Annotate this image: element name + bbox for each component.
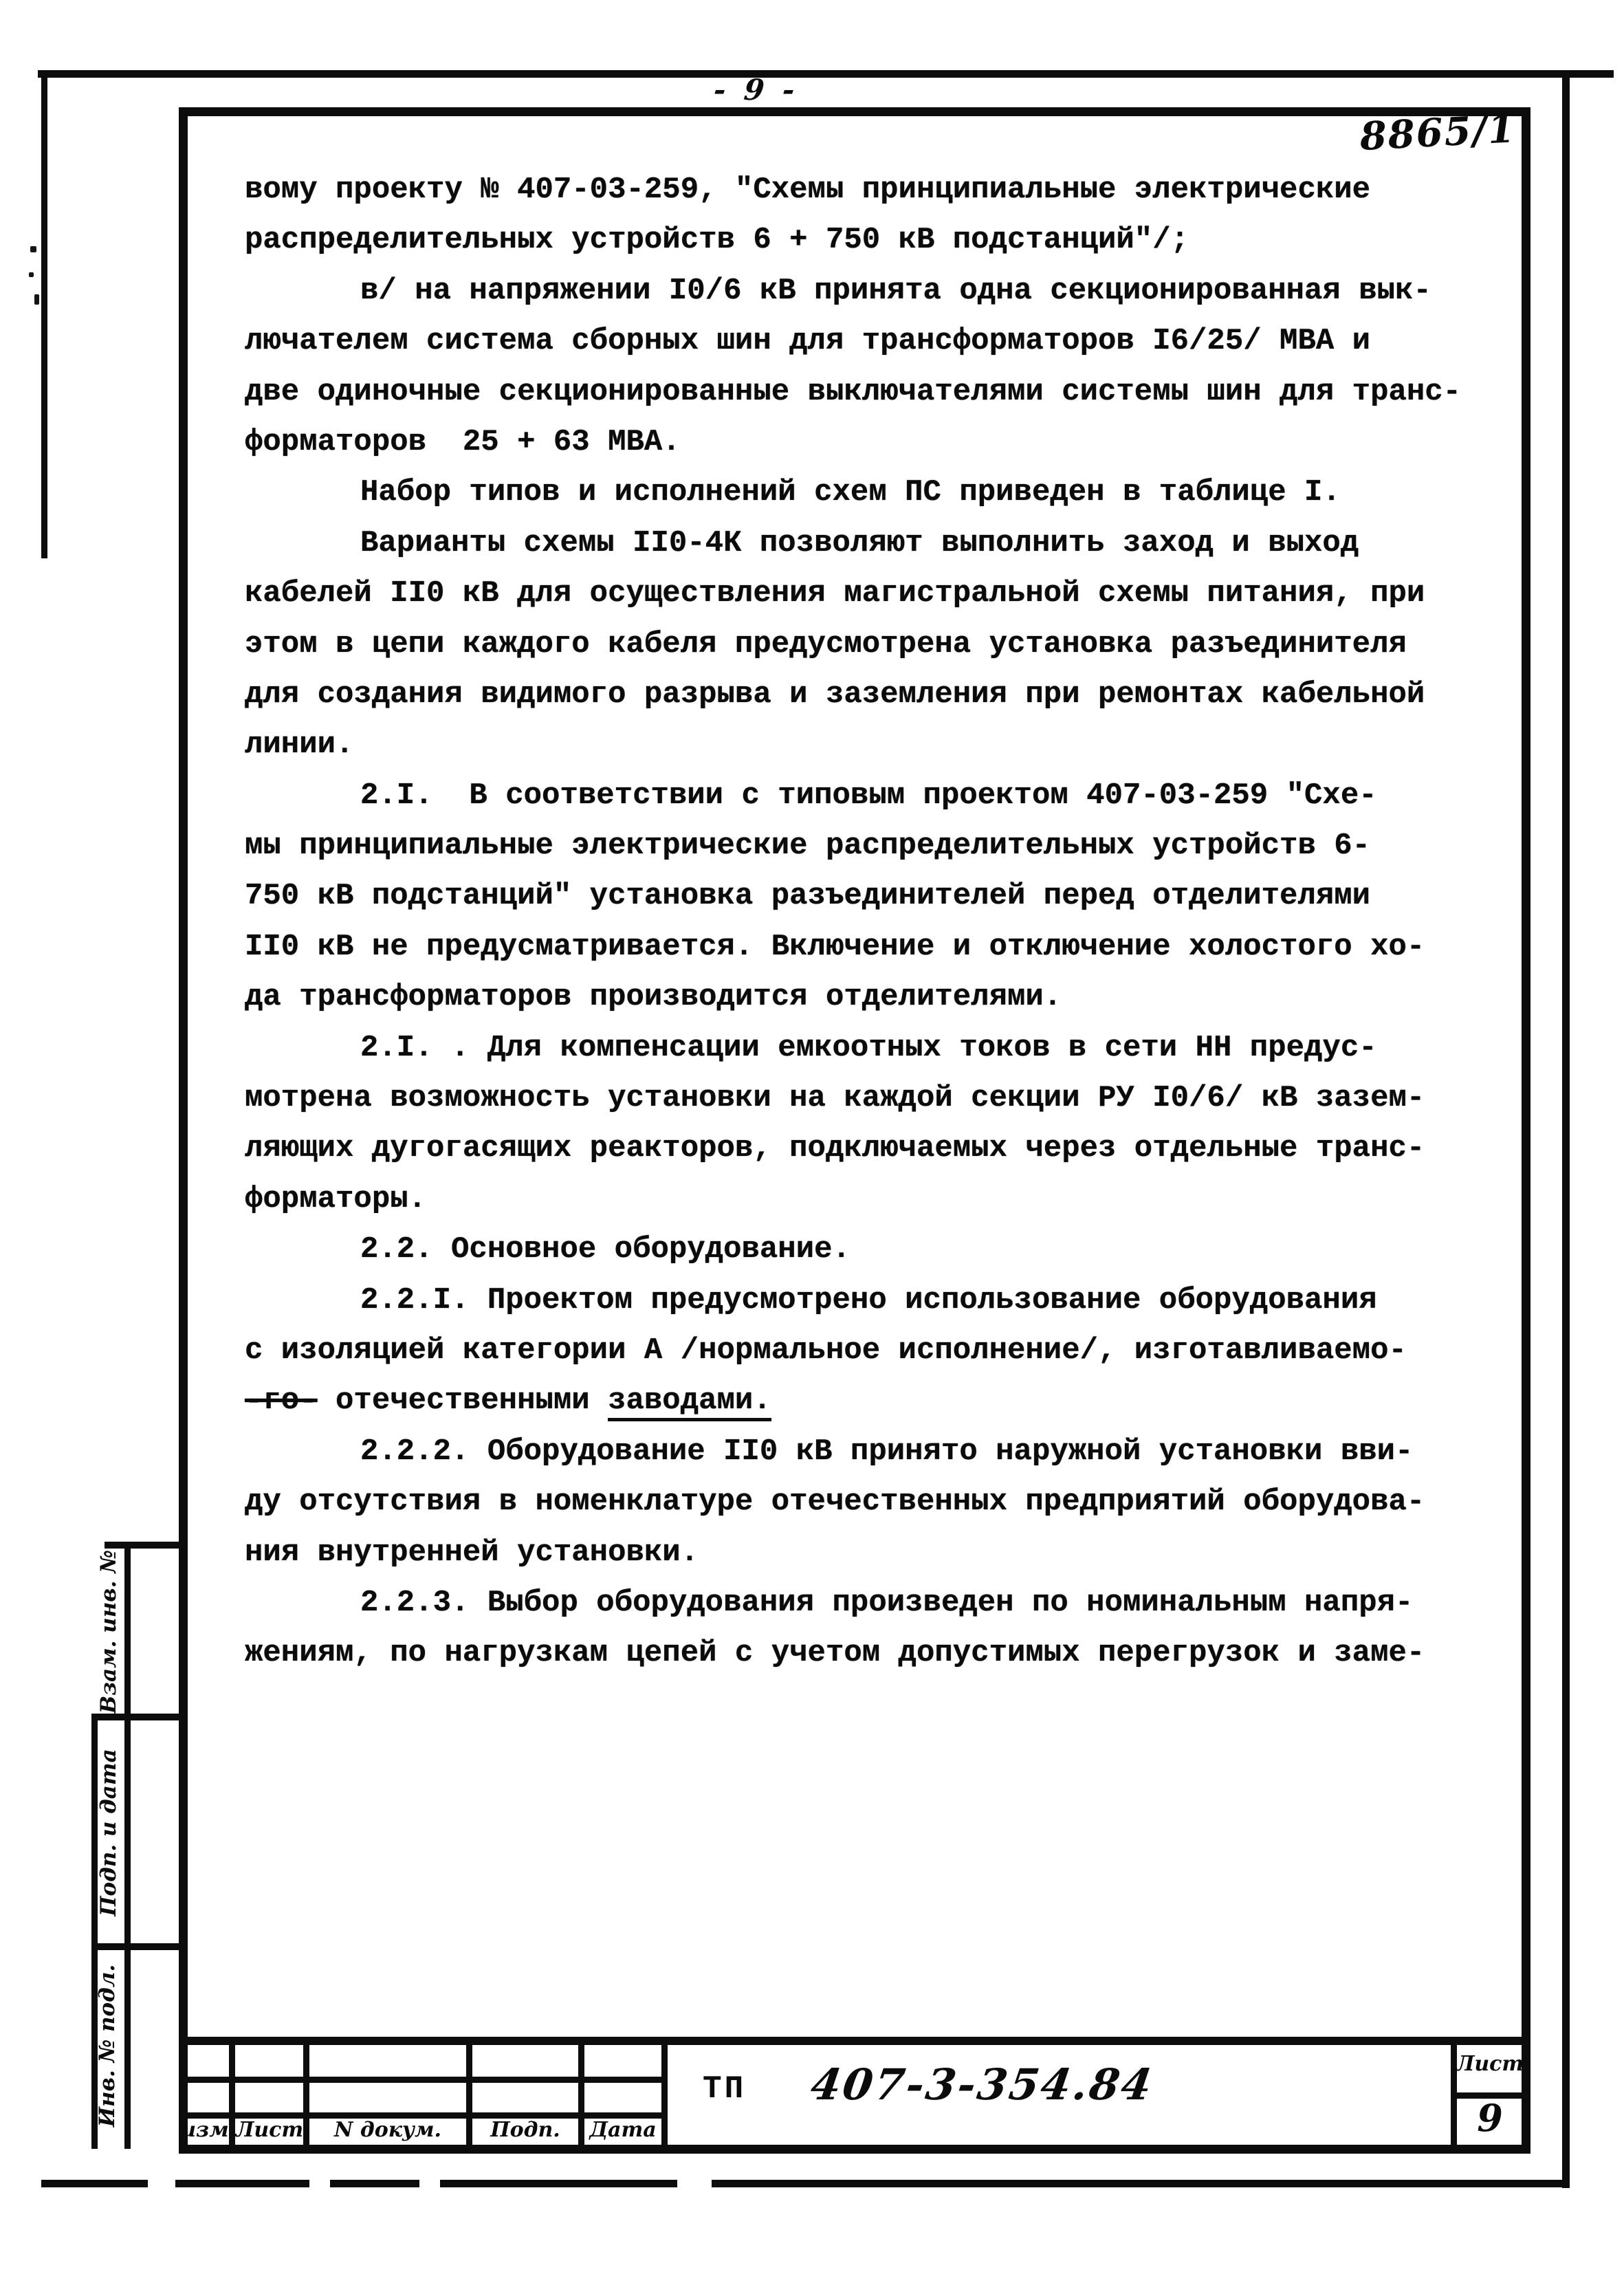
text-line: ду отсутствия в номенклатуре отечественн…: [245, 1477, 1475, 1527]
text-line: Варианты схемы II0-4К позволяют выполнит…: [245, 518, 1475, 569]
bottom-edge-dash: [440, 2180, 677, 2187]
text-line: линии.: [245, 720, 1475, 770]
text-line: с изоляцией категории А /нормальное испо…: [245, 1326, 1475, 1376]
body-text: вому проекту № 407-03-259, "Схемы принци…: [245, 165, 1475, 1679]
bottom-edge-dash: [330, 2180, 419, 2187]
text-line: жениям, по нагрузкам цепей с учетом допу…: [245, 1628, 1475, 1679]
scanned-document-page: - 9 - 8865/1 вому проекту № 407-03-259, …: [0, 0, 1624, 2274]
title-block-row-line: [179, 2077, 664, 2083]
outer-border-left: [41, 70, 47, 558]
text-line: 2.I. В соответствии с типовым проектом 4…: [245, 771, 1475, 821]
title-block-vline: [303, 2037, 309, 2149]
text-line: 2.2.3. Выбор оборудования произведен по …: [245, 1578, 1475, 1628]
title-block-vline: [229, 2037, 235, 2149]
text-line: 2.2.I. Проектом предусмотрено использова…: [245, 1276, 1475, 1326]
text-line: лючателем система сборных шин для трансф…: [245, 316, 1475, 367]
title-block-vline: [661, 2037, 668, 2149]
sheet-label: Лист: [1452, 2052, 1528, 2076]
scan-speck: [29, 272, 34, 277]
text-line: в/ на напряжении I0/6 кВ принята одна се…: [245, 266, 1475, 316]
bottom-edge-dash: [41, 2180, 148, 2187]
doc-type-code: ТП: [703, 2071, 746, 2107]
text-line: форматоров 25 + 63 МВА.: [245, 417, 1475, 468]
bottom-edge-dash: [175, 2180, 309, 2187]
text-line: этом в цепи каждого кабеля предусмотрена…: [245, 620, 1475, 670]
sheet-number: 9: [1452, 2096, 1528, 2140]
text-line: 2.2. Основное оборудование.: [245, 1225, 1475, 1275]
text-line: да трансформаторов производится отделите…: [245, 972, 1475, 1023]
text-line: II0 кВ не предусматривается. Включение и…: [245, 922, 1475, 972]
text-line: распределительных устройств 6 + 750 кВ п…: [245, 215, 1475, 265]
text-line: мотрена возможность установки на каждой …: [245, 1073, 1475, 1124]
doc-code: 407-3-354.84: [808, 2059, 1269, 2110]
margin-stamp-inv-podl: Инв. № подл.: [95, 1946, 122, 2145]
margin-stamp-vzam-inv: Взам. инв. №: [96, 1546, 124, 1718]
text-line: -го- отечественными заводами.: [245, 1376, 1475, 1426]
title-block-col-ndokum: N докум.: [309, 2118, 466, 2142]
title-block-col-podp: Подп.: [472, 2118, 578, 2142]
text-line: мы принципиальные электрические распреде…: [245, 821, 1475, 871]
text-line: форматоры.: [245, 1174, 1475, 1225]
margin-stamp-podp-i-data: Подп. и дата: [96, 1723, 124, 1943]
title-block-col-data: Дата: [584, 2118, 661, 2142]
text-line: ния внутренней установки.: [245, 1528, 1475, 1578]
title-block-vline: [466, 2037, 472, 2149]
scan-speck: [34, 294, 39, 305]
page-number: - 9 -: [685, 73, 826, 106]
title-block-top-line: [179, 2037, 1530, 2045]
title-block-col-list: Лист: [235, 2118, 304, 2142]
margin-stamp-right-line: [124, 1545, 131, 2149]
scan-speck: [30, 246, 36, 252]
text-line: 2.I. . Для компенсации емкоотных токов в…: [245, 1023, 1475, 1073]
text-line: вому проекту № 407-03-259, "Схемы принци…: [245, 165, 1475, 215]
title-block-vline: [578, 2037, 584, 2149]
bottom-edge-dash: [712, 2180, 1570, 2187]
text-line: две одиночные секционированные выключате…: [245, 367, 1475, 417]
text-line: 2.2.2. Оборудование II0 кВ принято наруж…: [245, 1427, 1475, 1477]
text-line: кабелей II0 кВ для осуществления магистр…: [245, 569, 1475, 619]
outer-border-right: [1562, 70, 1570, 2188]
text-line: для создания видимого разрыва и заземлен…: [245, 670, 1475, 720]
text-line: Набор типов и исполнений схем ПС приведе…: [245, 468, 1475, 518]
text-line: 750 кВ подстанций" установка разъедините…: [245, 871, 1475, 921]
title-block-col-izm: изм: [180, 2118, 230, 2142]
text-line: ляющих дугогасящих реакторов, подключаем…: [245, 1124, 1475, 1174]
